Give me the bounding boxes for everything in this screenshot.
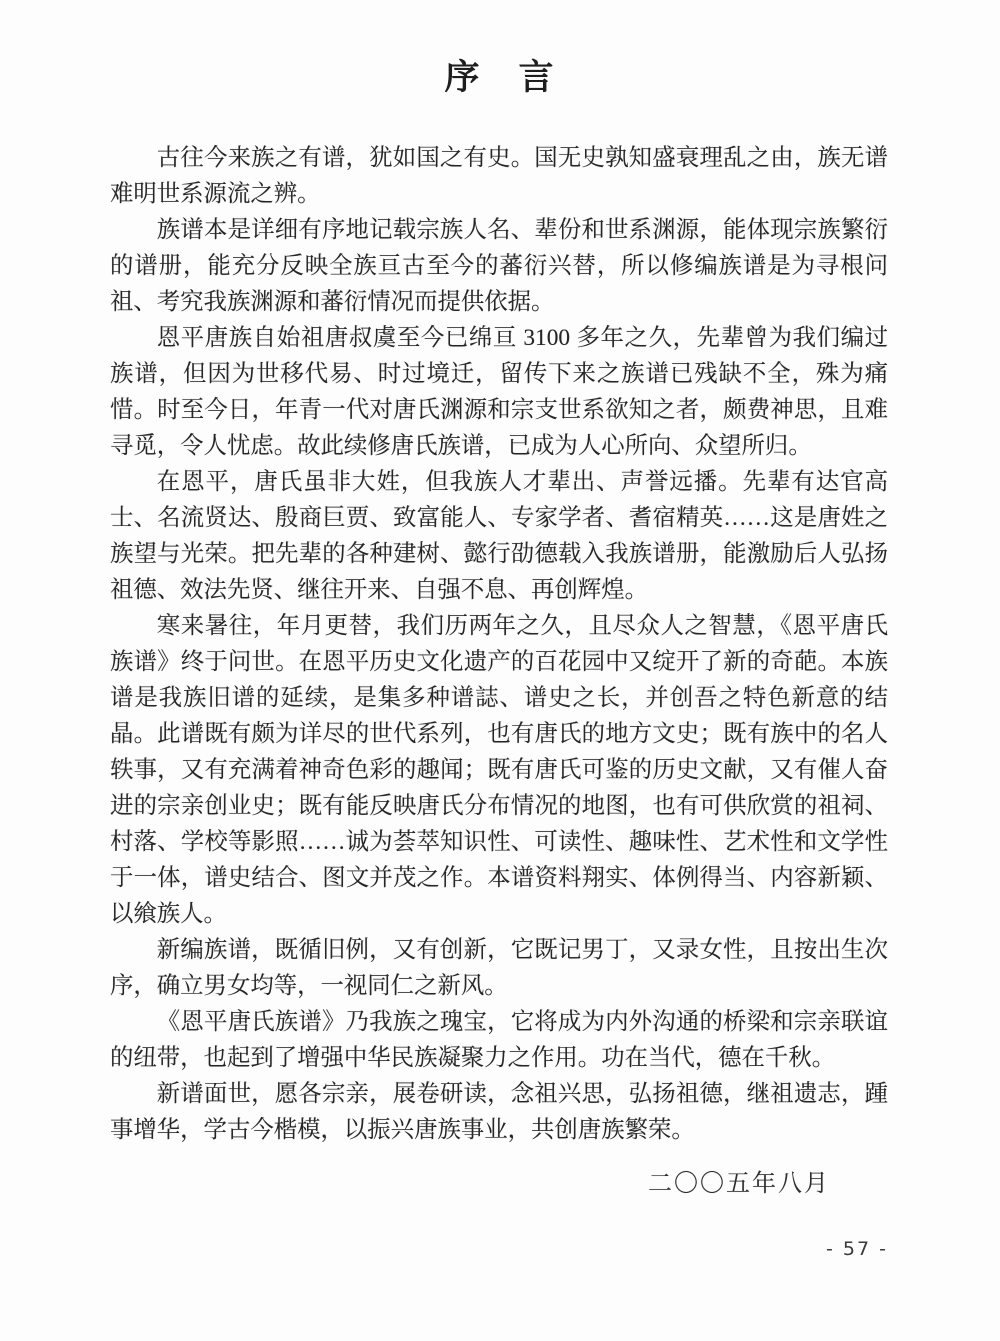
page-number: - 57 - xyxy=(826,1238,888,1260)
paragraph: 寒来暑往，年月更替，我们历两年之久，且尽众人之智慧，《恩平唐氏族谱》终于问世。在… xyxy=(110,608,888,932)
page-title: 序 言 xyxy=(0,50,1000,100)
paragraph: 新谱面世，愿各宗亲，展卷研读，念祖兴思，弘扬祖德，继祖遗志，踵事增华，学古今楷模… xyxy=(110,1076,888,1148)
paragraph: 在恩平，唐氏虽非大姓，但我族人才辈出、声誉远播。先辈有达官高士、名流贤达、殷商巨… xyxy=(110,464,888,608)
paragraph: 族谱本是详细有序地记载宗族人名、辈份和世系渊源，能体现宗族繁衍的谱册，能充分反映… xyxy=(110,212,888,320)
paragraph: 新编族谱，既循旧例，又有创新，它既记男丁，又录女性，且按出生次序，确立男女均等，… xyxy=(110,932,888,1004)
paragraph: 古往今来族之有谱，犹如国之有史。国无史孰知盛衰理乱之由，族无谱难明世系源流之辨。 xyxy=(110,140,888,212)
date-line: 二〇〇五年八月 xyxy=(648,1163,830,1198)
preface-body: 古往今来族之有谱，犹如国之有史。国无史孰知盛衰理乱之由，族无谱难明世系源流之辨。… xyxy=(110,140,888,1148)
paragraph: 《恩平唐氏族谱》乃我族之瑰宝，它将成为内外沟通的桥梁和宗亲联谊的纽带，也起到了增… xyxy=(110,1004,888,1076)
scanned-document-page: 序 言 古往今来族之有谱，犹如国之有史。国无史孰知盛衰理乱之由，族无谱难明世系源… xyxy=(0,0,1000,1341)
paragraph: 恩平唐族自始祖唐叔虞至今已绵亘 3100 多年之久，先辈曾为我们编过族谱，但因为… xyxy=(110,320,888,464)
